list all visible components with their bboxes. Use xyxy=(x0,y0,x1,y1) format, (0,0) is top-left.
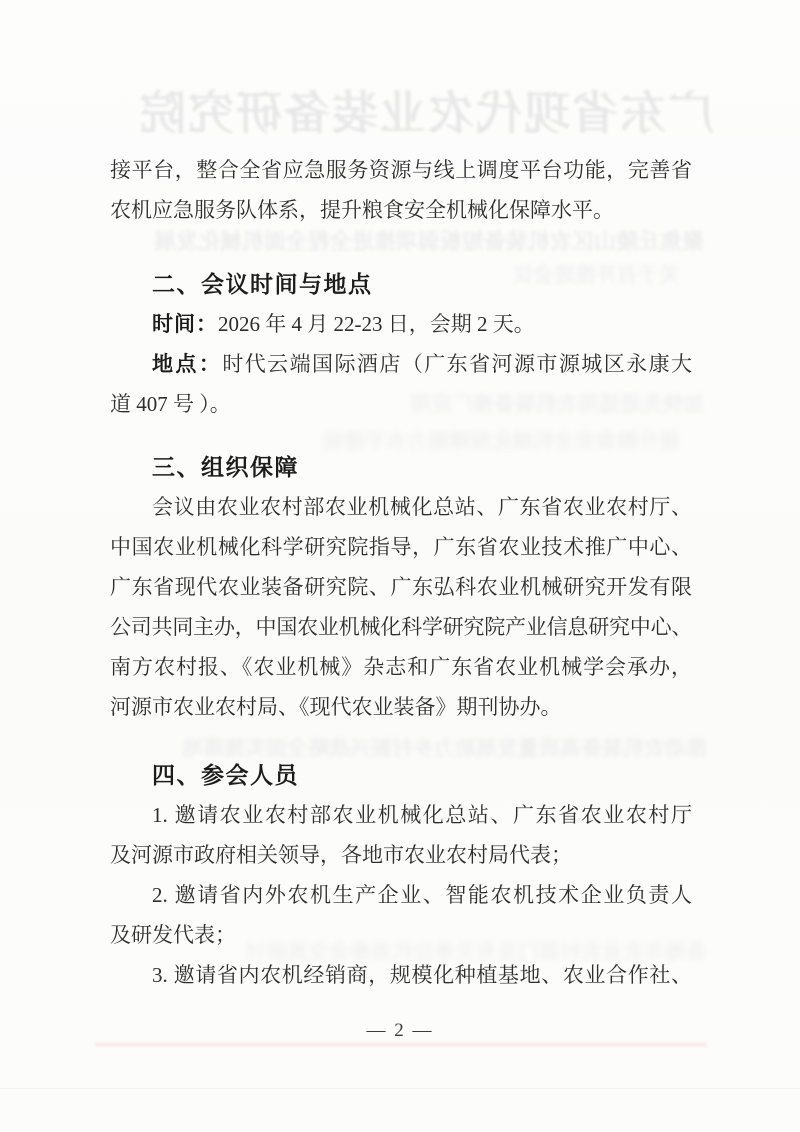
page-number: — 2 — xyxy=(0,1016,800,1046)
body-line: 河源市农业农村局、《现代农业装备》期刊协办。 xyxy=(110,687,692,727)
body-line: 接平台，整合全省应急服务资源与线上调度平台功能，完善省 xyxy=(110,150,692,190)
venue-value: 时代云端国际酒店（广东省河源市源城区永康大 xyxy=(222,352,692,376)
section-heading-meeting-time-venue: 二、会议时间与地点 xyxy=(110,264,692,304)
body-line: 南方农村报、《农业机械》杂志和广东省农业机械学会承办， xyxy=(110,647,692,687)
body-line: 农机应急服务队体系，提升粮食安全机械化保障水平。 xyxy=(110,190,692,230)
section-heading-participants: 四、参会人员 xyxy=(110,755,692,795)
list-item-1-line: 1. 邀请农业农村部农业机械化总站、广东省农业农村厅 xyxy=(110,795,692,835)
meeting-venue-line: 地点：时代云端国际酒店（广东省河源市源城区永康大 xyxy=(110,344,692,384)
meeting-venue-line-2: 道 407 号 ）。 xyxy=(110,384,692,424)
section-heading-organization: 三、组织保障 xyxy=(110,447,692,487)
body-line: 广东省现代农业装备研究院、广东弘科农业机械研究开发有限 xyxy=(110,567,692,607)
time-value: 2026 年 4 月 22-23 日，会期 2 天。 xyxy=(218,312,535,336)
scan-artifact-line xyxy=(0,1088,800,1089)
document-body: 接平台，整合全省应急服务资源与线上调度平台功能，完善省 农机应急服务队体系，提升… xyxy=(110,150,692,995)
list-item-2-line: 及研发代表； xyxy=(110,915,692,955)
bleedthrough-title-text: 广东省现代农业装备研究院 xyxy=(88,84,714,142)
list-item-2-line: 2. 邀请省内外农机生产企业、智能农机技术企业负责人 xyxy=(110,875,692,915)
meeting-time-line: 时间：2026 年 4 月 22-23 日，会期 2 天。 xyxy=(110,304,692,344)
time-label: 时间： xyxy=(152,313,218,336)
body-line: 中国农业机械化科学研究院指导，广东省农业技术推广中心、 xyxy=(110,527,692,567)
body-line: 公司共同主办，中国农业机械化科学研究院产业信息研究中心、 xyxy=(110,607,692,647)
list-item-3-line: 3. 邀请省内农机经销商，规模化种植基地、农业合作社、 xyxy=(110,955,692,995)
venue-label: 地点： xyxy=(152,353,222,376)
body-line: 会议由农业农村部农业机械化总站、广东省农业农村厅、 xyxy=(110,487,692,527)
list-item-1-line: 及河源市政府相关领导，各地市农业农村局代表； xyxy=(110,835,692,875)
document-page: 广东省现代农业装备研究院 聚焦丘陵山区农机装备短板弱项推进全程全面机械化发展 关… xyxy=(0,0,800,1132)
